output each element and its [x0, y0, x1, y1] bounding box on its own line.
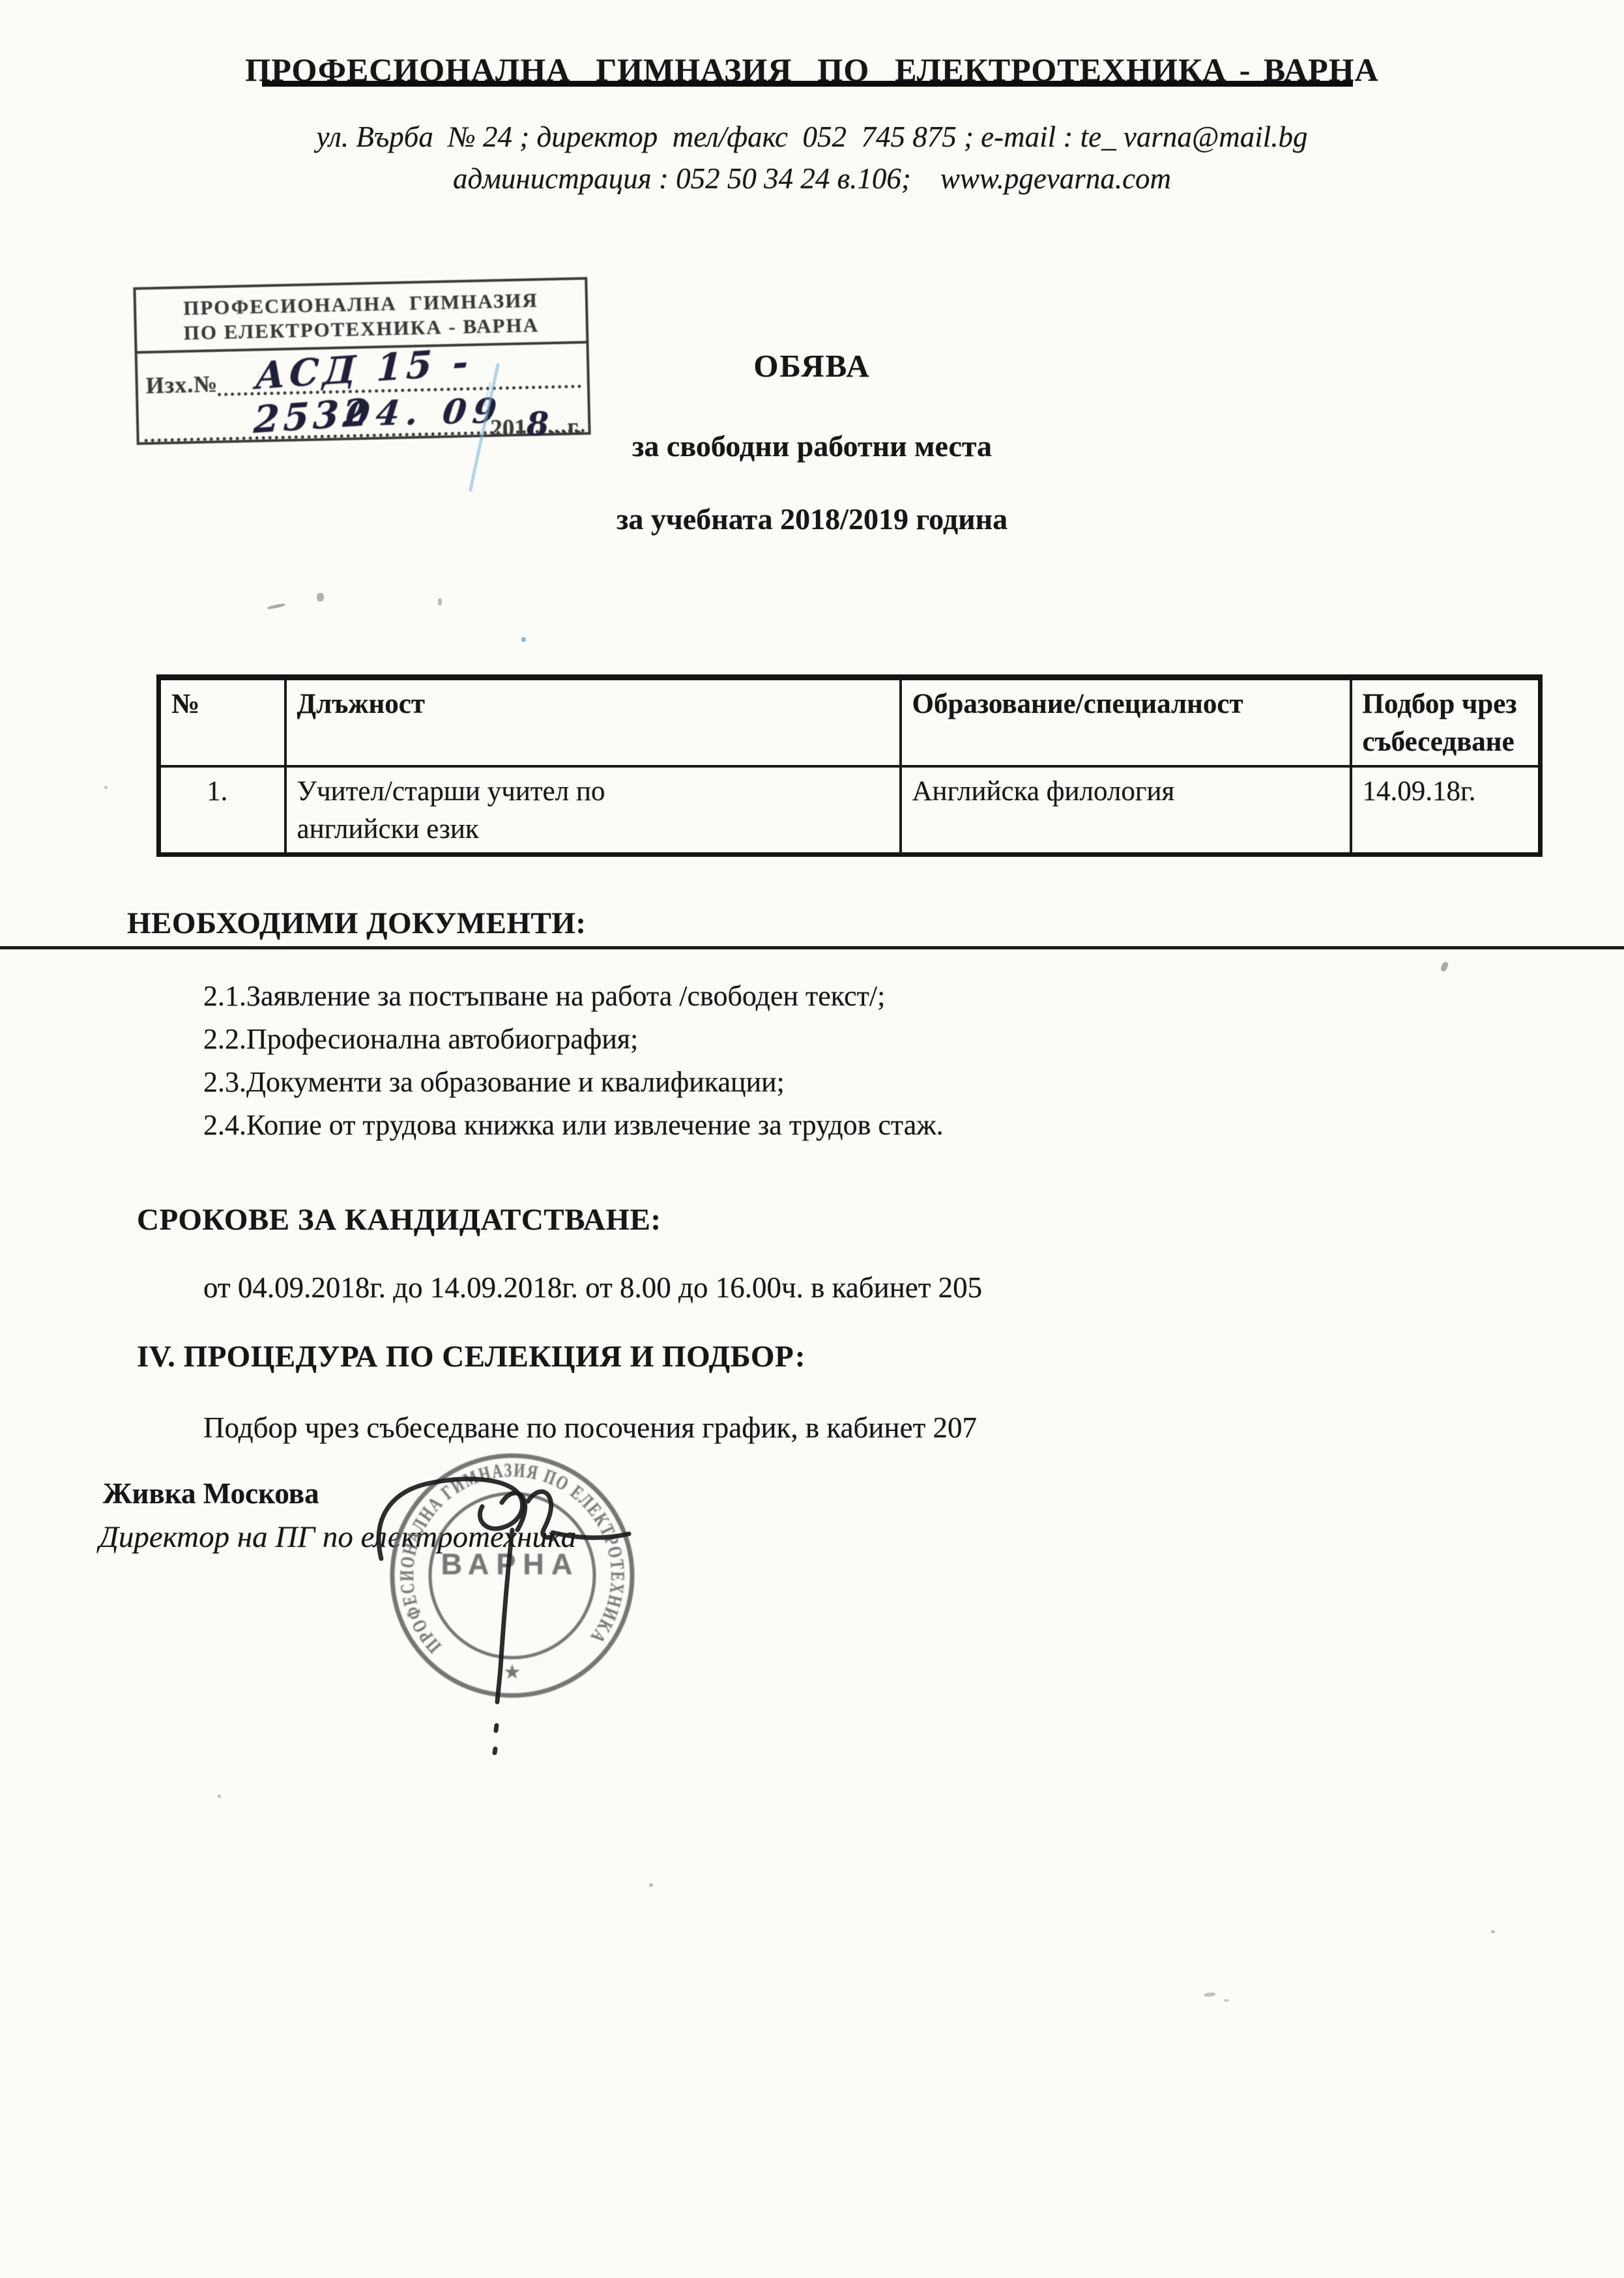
table-header-row: № Длъжност Образование/специалност Подбо… [159, 678, 1541, 767]
signatory-name: Живка Москова [103, 1477, 319, 1510]
stamp-ring-text: ПРОФЕСИОНАЛНА ГИМНАЗИЯ ПО ЕЛЕКТРОТЕХНИКА [396, 1460, 628, 1657]
section-divider-line [0, 946, 1624, 949]
scan-speck [1224, 1999, 1229, 2002]
school-address-line2: администрация : 052 50 34 24 в.106; www.… [0, 162, 1624, 195]
deadlines-heading: СРОКОВЕ ЗА КАНДИДАТСТВАНЕ: [137, 1202, 661, 1237]
vacancies-table: № Длъжност Образование/специалност Подбо… [156, 674, 1543, 857]
col-header-position: Длъжност [285, 678, 901, 767]
scan-speck [267, 603, 285, 610]
scan-speck [1491, 1930, 1495, 1933]
col-header-selection-date: Подбор чрез събеседване [1351, 678, 1541, 767]
scan-speck [317, 593, 324, 601]
school-address-line1: ул. Върба № 24 ; директор тел/факс 052 7… [0, 120, 1624, 154]
reg-stamp-date-value: 04. 09 [343, 391, 505, 435]
announcement-subtitle-2: за учебната 2018/2019 година [0, 502, 1624, 536]
scan-speck [438, 598, 442, 605]
scan-speck [218, 1795, 221, 1798]
scan-speck [104, 786, 108, 789]
scan-speck [1440, 961, 1449, 972]
documents-list: 2.1.Заявление за постъпване на работа /с… [203, 975, 944, 1147]
cell-row-number: 1. [159, 766, 285, 855]
document-item-1: 2.1.Заявление за постъпване на работа /с… [203, 975, 944, 1018]
document-item-3: 2.3.Документи за образование и квалифика… [203, 1061, 944, 1104]
cell-position: Учител/старши учител по английски език [285, 766, 901, 855]
stamp-star-icon: ★ [504, 1662, 521, 1683]
announcement-subtitle-1: за свободни работни места [0, 429, 1624, 463]
deadlines-text: от 04.09.2018г. до 14.09.2018г. от 8.00 … [203, 1271, 982, 1305]
col-header-number: № [159, 678, 285, 767]
document-item-2: 2.2.Професионална автобиография; [203, 1018, 944, 1061]
signatory-title: Директор на ПГ по електротехника [99, 1520, 576, 1555]
scan-speck [1204, 1992, 1216, 1997]
school-name-underline [262, 81, 1353, 87]
table-row: 1. Учител/старши учител по английски ези… [159, 766, 1541, 855]
scan-speck [582, 1121, 586, 1125]
scan-speck [649, 1883, 653, 1887]
cell-education: Английска филология [901, 766, 1351, 855]
official-round-stamp: ПРОФЕСИОНАЛНА ГИМНАЗИЯ ПО ЕЛЕКТРОТЕХНИКА… [392, 1456, 632, 1695]
scanned-document-page: ПРОФЕСИОНАЛНА ГИМНАЗИЯ ПО ЕЛЕКТРОТЕХНИКА… [0, 0, 1624, 2278]
document-item-4: 2.4.Копие от трудова книжка или извлечен… [203, 1104, 944, 1147]
documents-heading: НЕОБХОДИМИ ДОКУМЕНТИ: [127, 906, 587, 941]
procedure-heading: IV. ПРОЦЕДУРА ПО СЕЛЕКЦИЯ И ПОДБОР: [137, 1339, 805, 1374]
cell-selection-date: 14.09.18г. [1351, 766, 1541, 855]
procedure-text: Подбор чрез събеседване по посочения гра… [203, 1411, 977, 1445]
col-header-education: Образование/специалност [901, 678, 1351, 767]
announcement-title: ОБЯВА [0, 347, 1624, 384]
scan-speck [521, 637, 526, 642]
